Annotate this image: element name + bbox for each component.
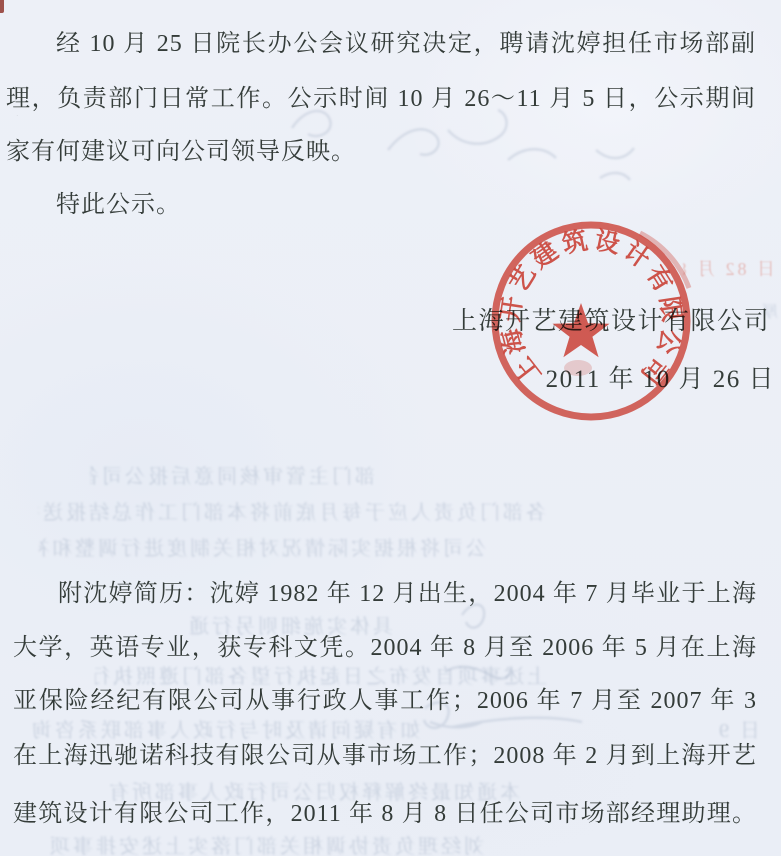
bleed-through-line: 公司将根据实际情况对相关制度进行调整和补充 xyxy=(38,538,486,562)
seal-arc-char: 设 xyxy=(592,226,622,258)
signature-date: 2011 年 10 月 26 日 xyxy=(546,359,775,395)
resume-line: 在上海迅驰诺科技有限公司从事市场工作；2008 年 2 月到上海开艺 xyxy=(13,741,757,773)
resume-line: 建筑设计有限公司工作，2011 年 8 月 8 日任公司市场部经理助理。 xyxy=(13,799,757,831)
bleed-through-line: 各部门负责人应于每月底前将本部门工作总结报送行政部 xyxy=(38,502,546,526)
seal-arc-char: 筑 xyxy=(560,226,590,258)
signature-company: 上海开艺建筑设计有限公司 xyxy=(452,301,770,337)
body-line: 家有何建议可向公司领导反映。 xyxy=(6,137,756,169)
bleed-through-red-date: 日 82 月 8 年 xyxy=(683,258,775,282)
seal-arc-char: 计 xyxy=(619,237,656,274)
closing-line: 特此公示。 xyxy=(6,190,756,222)
scan-edge-mark xyxy=(0,0,4,13)
bleed-through-line: 部门主管审核同意后报公司备案 xyxy=(90,466,375,490)
seal-arc-char: 建 xyxy=(527,237,564,274)
seal-arc-char: 上 xyxy=(509,352,546,389)
resume-line: 亚保险经纪有限公司从事行政人事工作；2006 年 7 月至 2007 年 3 月 xyxy=(13,686,757,718)
resume-line: 附沈婷简历：沈婷 1982 年 12 月出生，2004 年 7 月毕业于上海 xyxy=(13,579,757,611)
bleed-through-line: 刘经理负责协调相关部门落实上述安排事项 xyxy=(32,836,484,856)
scanned-announcement-page: 部门主管审核同意后报公司备案 各部门负责人应于每月底前将本部门工作总结报送行政部… xyxy=(0,0,781,856)
body-line: 理，负责部门日常工作。公示时间 10 月 26～11 月 5 日，公示期间大 xyxy=(6,84,756,116)
seal-arc-char: 有 xyxy=(641,261,678,297)
resume-line: 大学，英语专业，获专科文凭。2004 年 8 月至 2006 年 5 月在上海环 xyxy=(13,633,757,665)
body-line: 经 10 月 25 日院长办公会议研究决定，聘请沈婷担任市场部副经 xyxy=(6,29,756,61)
seal-arc-char: 艺 xyxy=(505,261,542,297)
seal-ring-smudge xyxy=(640,233,689,288)
